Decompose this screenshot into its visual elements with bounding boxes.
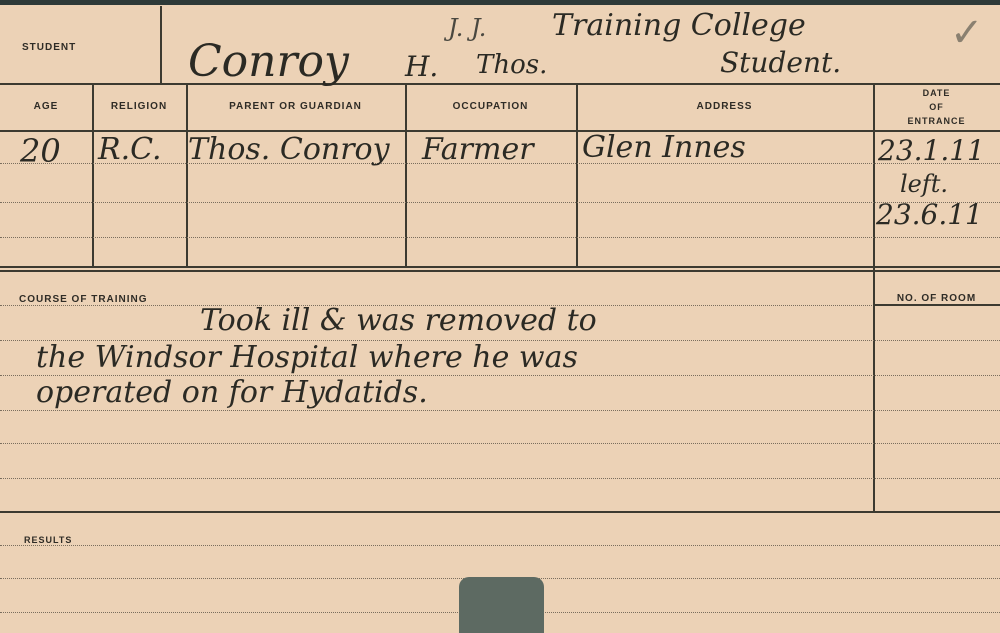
rule-below-room-label [873,304,1000,306]
student-note-line2: Student. [720,46,841,79]
occupation-value: Farmer [422,132,534,167]
date-left-value: 23.6.11 [876,198,983,231]
check-mark-icon: ✓ [950,10,984,56]
dotted-rule [0,237,1000,238]
dotted-rule [0,478,1000,479]
student-divider [160,6,162,84]
date-header-3: ENTRANCE [873,116,1000,126]
date-header-2: OF [873,102,1000,112]
record-card: STUDENT AGE RELIGION PARENT OR GUARDIAN … [0,0,1000,633]
age-value: 20 [20,132,61,170]
student-surname: Conroy [188,36,349,87]
results-label: RESULTS [24,535,72,545]
dotted-rule [0,443,1000,444]
dotted-rule [0,410,1000,411]
student-given-name: Thos. [476,50,547,80]
course-label: COURSE OF TRAINING [19,294,148,305]
religion-header: RELIGION [92,101,186,112]
address-value: Glen Innes [582,130,746,165]
parent-header: PARENT OR GUARDIAN [186,101,405,112]
student-above-initials: J. J. [448,14,486,42]
student-label: STUDENT [22,42,76,53]
card-top-edge [0,0,1000,5]
rule-above-results [0,511,1000,513]
rule-above-course [0,266,1000,268]
parent-value: Thos. Conroy [188,132,390,167]
course-line-3: operated on for Hydatids. [36,375,428,410]
student-note-line1: Training College [552,8,806,43]
student-initial: H. [405,50,438,83]
age-header: AGE [0,101,92,112]
course-line-1: Took ill & was removed to [200,303,597,338]
room-label: NO. OF ROOM [873,293,1000,304]
date-header-1: DATE [873,88,1000,98]
address-header: ADDRESS [576,101,873,112]
date-entrance-value: 23.1.11 [878,134,985,167]
dotted-rule [0,202,1000,203]
religion-value: R.C. [98,132,162,167]
rule-below-student [0,83,1000,85]
rule-above-course-2 [0,270,1000,272]
left-label: left. [900,170,948,198]
occupation-header: OCCUPATION [405,101,576,112]
index-card-tab [459,577,544,633]
dotted-rule [0,545,1000,546]
course-line-2: the Windsor Hospital where he was [36,340,578,375]
